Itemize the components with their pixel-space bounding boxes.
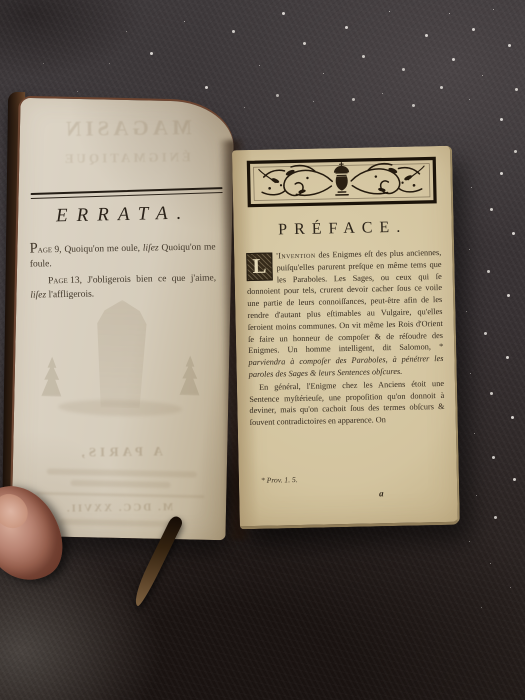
ghost-publisher-line (47, 468, 197, 477)
ghost-tower (76, 299, 166, 409)
errata-error-text: Quoiqu'on me oule, (62, 244, 143, 255)
errata-entry: Page 9, Quoiqu'on me oule, liſez Quoiqu'… (29, 239, 215, 271)
woodcut-initial-L: L (246, 253, 273, 282)
ghost-tree (178, 355, 201, 395)
double-rule (31, 187, 223, 199)
footnote-prov: * Prov. 1. 5. (261, 475, 298, 485)
ghost-publisher-line (70, 480, 170, 488)
preface-paragraph-1-text: des Enigmes eſt des plus anciennes, puiſ… (247, 248, 443, 355)
ghost-rule (36, 492, 204, 498)
errata-lisez-label: liſez (143, 243, 159, 253)
preface-page: PRÉFACE. L'Invention des Enigmes eſt des… (232, 146, 460, 530)
salomon-quote: parviendra à compoſer des Paraboles, à p… (248, 354, 443, 379)
errata-page-ref: Page 9, (29, 242, 61, 258)
ghost-tree (40, 356, 63, 396)
errata-error-text: J'obligerois bien ce que j'aime, (82, 273, 216, 285)
thumb-nail (0, 487, 35, 535)
open-book: MAGASIN ÉNIGMATIQUE ERRATA. Page 9, Quoi… (0, 0, 525, 700)
ghost-vignette-showthrough (14, 298, 231, 432)
errata-page-ref: Page 13, (39, 275, 82, 289)
headpiece-ornament (246, 156, 437, 208)
ghost-imprint-city: A PARIS, (13, 442, 227, 461)
photo-scene: MAGASIN ÉNIGMATIQUE ERRATA. Page 9, Quoi… (0, 0, 525, 700)
errata-list: Page 9, Quoiqu'on me oule, liſez Quoiqu'… (29, 239, 216, 306)
preface-paragraph-1: L'Invention des Enigmes eſt des plus anc… (246, 247, 444, 381)
ghost-privilege-line (60, 519, 180, 528)
ghost-title-showthrough: MAGASIN (20, 115, 234, 143)
preface-heading: PRÉFACE. (234, 218, 452, 241)
errata-page: MAGASIN ÉNIGMATIQUE ERRATA. Page 9, Quoi… (11, 98, 234, 540)
incipit-smallcaps: 'Invention (276, 251, 315, 261)
ghost-vignette-base (58, 399, 182, 418)
preface-text: L'Invention des Enigmes eſt des plus anc… (246, 247, 445, 429)
preface-paragraph-2: En général, l'Enigme chez les Anciens ét… (249, 378, 445, 429)
errata-heading: ERRATA. (18, 202, 228, 228)
signature-mark: a (305, 487, 457, 500)
ghost-subtitle-showthrough: ÉNIGMATIQUE (19, 149, 233, 168)
